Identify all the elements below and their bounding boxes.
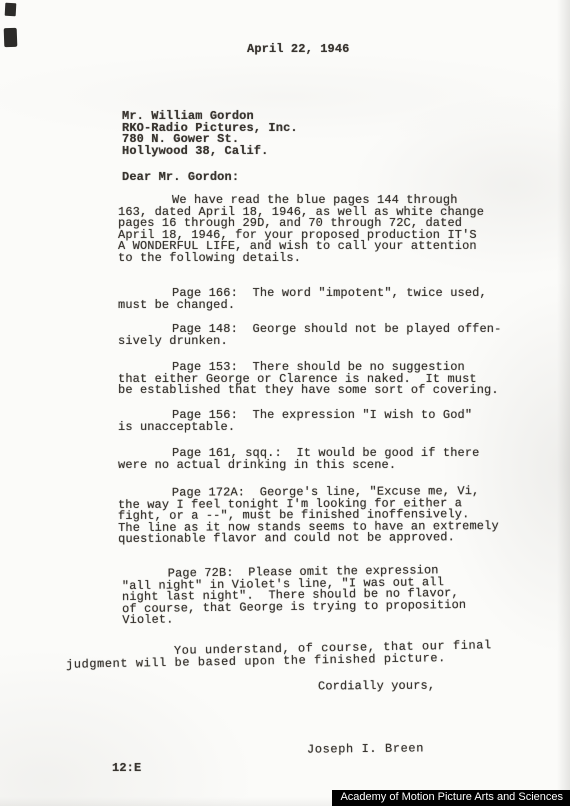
note-page-156: Page 156: The expression "I wish to God"… (118, 410, 472, 433)
note-page-172a: Page 172A: George's line, "Excuse me, Vi… (118, 486, 499, 546)
text-line: were no actual drinking in this scene. (118, 460, 480, 472)
letter-date: April 22, 1946 (247, 44, 350, 56)
text-line: sively drunken. (118, 336, 501, 348)
letter-scan: April 22, 1946 Mr. William Gordon RKO-Ra… (0, 0, 570, 806)
text-line: be established that they have some sort … (118, 385, 499, 397)
paragraph-final-judgment: You understand, of course, that our fina… (66, 640, 492, 671)
closing-valediction: Cordially yours, (318, 681, 435, 693)
note-page-161: Page 161, sqq.: It would be good if ther… (118, 448, 480, 471)
text-line: questionable flavor and could not be app… (118, 532, 499, 546)
text-line: is unacceptable. (118, 422, 472, 434)
letter-body: April 22, 1946 Mr. William Gordon RKO-Ra… (0, 0, 570, 806)
typist-reference: 12:E (112, 763, 141, 775)
note-page-166: Page 166: The word "impotent", twice use… (118, 288, 487, 311)
credit-banner: Academy of Motion Picture Arts and Scien… (332, 790, 570, 806)
text-line: must be changed. (118, 300, 487, 312)
note-page-153: Page 153: There should be no suggestion … (118, 362, 499, 397)
credit-text: Academy of Motion Picture Arts and Scien… (340, 791, 563, 803)
salutation: Dear Mr. Gordon: (122, 172, 239, 184)
paragraph-intro: We have read the blue pages 144 through … (118, 195, 484, 265)
recipient-address: Mr. William Gordon RKO-Radio Pictures, I… (122, 111, 298, 157)
text-line: to the following details. (118, 253, 484, 265)
note-page-72b: Page 72B: Please omit the expression "al… (122, 565, 467, 627)
note-page-148: Page 148: George should not be played of… (118, 324, 501, 347)
signature-name: Joseph I. Breen (307, 743, 424, 756)
address-line: Hollywood 38, Calif. (122, 146, 298, 158)
